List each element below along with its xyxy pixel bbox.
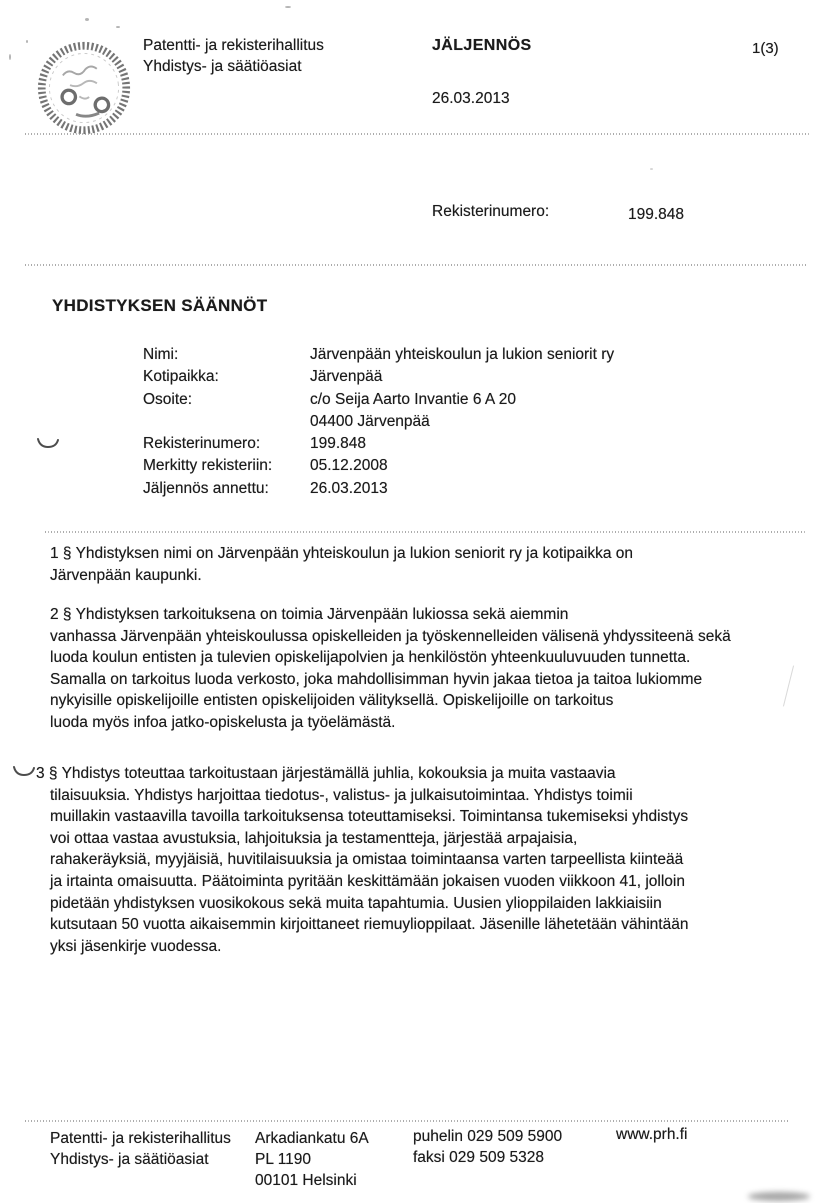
header-org-line2: Yhdistys- ja säätiöasiat <box>143 58 302 75</box>
section-paragraph-1: 1 § Yhdistyksen nimi on Järvenpään yhtei… <box>50 543 812 586</box>
detail-value: 05.12.2008 <box>310 455 388 477</box>
detail-row-rekisterinumero: Rekisterinumero: 199.848 <box>143 433 614 455</box>
register-number-label: Rekisterinumero: <box>432 203 549 221</box>
detail-label: Nimi: <box>143 344 310 366</box>
pen-mark-icon <box>36 437 60 449</box>
separator-line-footer <box>25 1120 790 1122</box>
detail-label: Kotipaikka: <box>143 366 310 388</box>
detail-label: Jäljennös annettu: <box>143 478 310 500</box>
register-number-value: 199.848 <box>628 206 684 224</box>
prh-seal-icon <box>36 40 132 136</box>
separator-line-second <box>25 264 808 266</box>
scan-artifact <box>85 18 89 21</box>
detail-label: Osoite: <box>143 389 310 434</box>
section-paragraph-2: 2 § Yhdistyksen tarkoituksena on toimia … <box>50 604 812 734</box>
section-paragraph-3: 3 § Yhdistys toteuttaa tarkoitustaan jär… <box>36 763 812 957</box>
header-org-name: Patentti- ja rekisterihallitusYhdistys- … <box>143 35 324 77</box>
page-title: YHDISTYKSEN SÄÄNNÖT <box>52 296 267 316</box>
detail-value: Järvenpään yhteiskoulun ja lukion senior… <box>310 344 614 366</box>
pen-mark-icon <box>12 765 36 777</box>
scan-artifact <box>285 6 291 8</box>
scan-artifact <box>9 54 11 60</box>
document-date: 26.03.2013 <box>432 90 510 108</box>
footer-website: www.prh.fi <box>616 1124 688 1145</box>
footer-phone-fax: puhelin 029 509 5900 faksi 029 509 5328 <box>413 1126 562 1168</box>
separator-line-body <box>45 531 807 533</box>
document-type-label: JÄLJENNÖS <box>432 37 532 55</box>
detail-value: 26.03.2013 <box>310 478 388 500</box>
detail-row-jaljennos-annettu: Jäljennös annettu: 26.03.2013 <box>143 478 614 500</box>
detail-label: Merkitty rekisteriin: <box>143 455 310 477</box>
registration-details: Nimi: Järvenpään yhteiskoulun ja lukion … <box>143 344 614 500</box>
detail-row-merkitty-rekisteriin: Merkitty rekisteriin: 05.12.2008 <box>143 455 614 477</box>
detail-row-kotipaikka: Kotipaikka: Järvenpää <box>143 366 614 388</box>
detail-value: Järvenpää <box>310 366 382 388</box>
detail-value: c/o Seija Aarto Invantie 6 A 20 04400 Jä… <box>310 389 516 434</box>
detail-value: 199.848 <box>310 433 366 455</box>
scan-artifact <box>116 26 120 28</box>
header-org-line1: Patentti- ja rekisterihallitus <box>143 37 324 54</box>
detail-row-nimi: Nimi: Järvenpään yhteiskoulun ja lukion … <box>143 344 614 366</box>
scan-artifact <box>748 1192 810 1201</box>
scan-artifact <box>650 168 653 170</box>
separator-line-top <box>25 133 810 135</box>
detail-row-osoite: Osoite: c/o Seija Aarto Invantie 6 A 20 … <box>143 389 614 434</box>
footer-address: Arkadiankatu 6A PL 1190 00101 Helsinki <box>255 1128 369 1191</box>
page-number-indicator: 1(3) <box>752 40 779 57</box>
detail-label: Rekisterinumero: <box>143 433 310 455</box>
scan-artifact <box>26 40 28 43</box>
footer-org-name: Patentti- ja rekisterihallitus Yhdistys-… <box>50 1128 231 1170</box>
